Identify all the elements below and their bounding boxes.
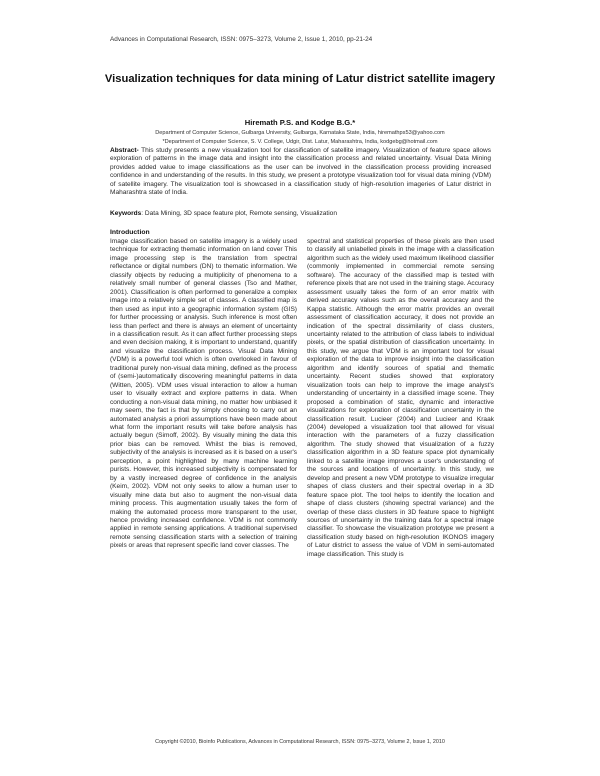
abstract: Abstract- This study presents a new visu… <box>110 147 491 198</box>
running-head: Advances in Computational Research, ISSN… <box>110 36 372 43</box>
keywords-text: : Data Mining, 3D space feature plot, Re… <box>141 210 337 217</box>
paper-title: Visualization techniques for data mining… <box>90 72 510 86</box>
body-column-right: spectral and statistical properties of t… <box>307 238 494 559</box>
keywords-label: Keywords <box>110 210 141 217</box>
section-heading-introduction: Introduction <box>110 229 150 236</box>
abstract-text: This study presents a new visualization … <box>110 147 491 196</box>
affiliation-1: Department of Computer Science, Gulbarga… <box>90 130 510 136</box>
abstract-label: Abstract- <box>110 147 139 154</box>
affiliation-2: *Department of Computer Science, S. V. C… <box>90 139 510 145</box>
keywords: Keywords: Data Mining, 3D space feature … <box>110 210 491 218</box>
copyright-footer: Copyright ©2010, Bioinfo Publications, A… <box>90 739 510 745</box>
authors: Hiremath P.S. and Kodge B.G.* <box>90 118 510 127</box>
body-column-left: Image classification based on satellite … <box>110 238 297 551</box>
